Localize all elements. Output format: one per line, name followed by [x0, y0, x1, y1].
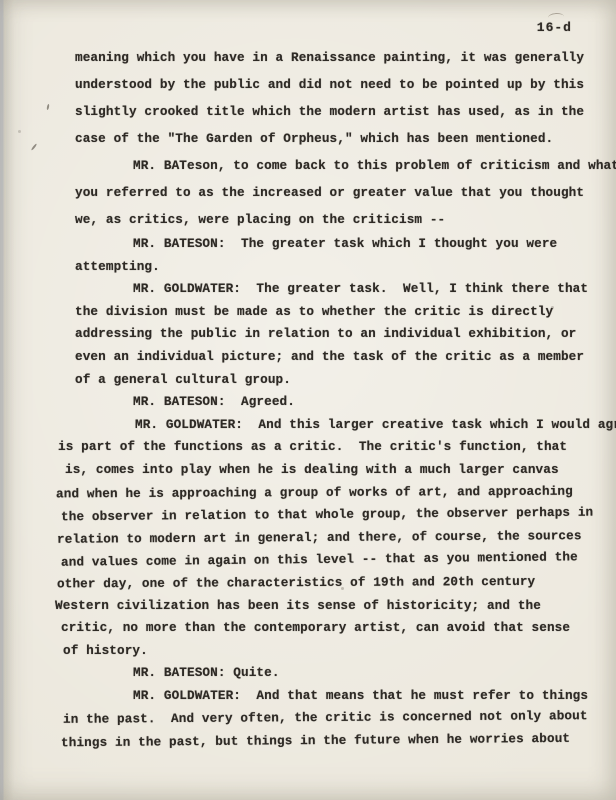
scan-speck — [18, 130, 21, 133]
text-line: slightly crooked title which the modern … — [75, 98, 591, 125]
text-line: MR. BATeson, to come back to this proble… — [75, 152, 591, 179]
text-line: is part of the functions as a critic. Th… — [58, 436, 574, 459]
text-line: MR. GOLDWATER: The greater task. Well, I… — [75, 278, 591, 301]
page-number: 16-d — [537, 20, 572, 35]
scan-speck — [551, 306, 554, 309]
text-line: of a general cultural group. — [75, 369, 591, 392]
text-line: of history. — [63, 640, 579, 663]
text-line: attempting. — [75, 256, 591, 279]
text-line: you referred to as the increased or grea… — [75, 179, 591, 206]
text-line: other day, one of the characteristics of… — [57, 571, 573, 596]
text-line: MR. BATESON: Quite. — [75, 662, 591, 685]
pen-mark — [548, 12, 564, 19]
text-line: Western civilization has been its sense … — [55, 595, 571, 618]
text-line: understood by the public and did not nee… — [75, 71, 591, 98]
text-line: meaning which you have in a Renaissance … — [75, 44, 591, 71]
scan-speck — [341, 587, 344, 590]
text-line: MR. BATESON: The greater task which I th… — [75, 233, 591, 256]
text-line: things in the past, but things in the fu… — [61, 728, 577, 755]
transcript-text: meaning which you have in a Renaissance … — [75, 44, 591, 753]
text-line: is, comes into play when he is dealing w… — [65, 459, 581, 482]
text-line: MR. BATESON: Agreed. — [75, 391, 591, 414]
text-line: MR. GOLDWATER: And this larger creative … — [77, 414, 593, 437]
text-line: even an individual picture; and the task… — [75, 346, 591, 369]
text-line: the division must be made as to whether … — [75, 301, 591, 324]
scan-speck — [46, 104, 49, 110]
text-line: MR. GOLDWATER: And that means that he mu… — [75, 685, 591, 708]
text-line: we, as critics, were placing on the crit… — [75, 206, 591, 233]
text-line: case of the "The Garden of Orpheus," whi… — [75, 125, 591, 152]
text-line: critic, no more than the contemporary ar… — [61, 617, 577, 640]
scan-speck — [31, 143, 38, 151]
scanned-page: 16-d meaning which you have in a Renaiss… — [0, 0, 616, 800]
text-line: addressing the public in relation to an … — [75, 323, 591, 346]
